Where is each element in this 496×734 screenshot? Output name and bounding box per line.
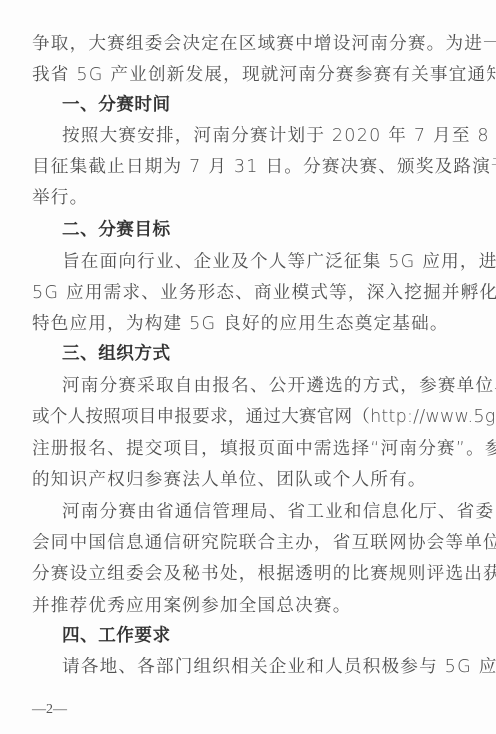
paragraph-line: 争取，大赛组委会决定在区域赛中增设河南分赛。为进一步推动 (32, 33, 472, 55)
paragraph-line: 特色应用，为构建 5G 良好的应用生态奠定基础。 (32, 313, 472, 335)
paragraph-line: 或个人按照项目申报要求，通过大赛官网（http://www.5gaia.org.… (32, 406, 472, 428)
paragraph-line: 会同中国信息通信研究院联合主办，省互联网协会等单位承办。 (32, 532, 472, 554)
paragraph-line: 旨在面向行业、企业及个人等广泛征集 5G 应用，进一步探索 (62, 251, 472, 273)
paragraph-line: 注册报名、提交项目，填报页面中需选择“河南分赛”。参赛项目 (32, 438, 472, 460)
paragraph-line: 请各地、各部门组织相关企业和人员积极参与 5G 应用征集大 (62, 656, 472, 678)
paragraph-line: 河南分赛采取自由报名、公开遴选的方式，参赛单位、团体 (62, 375, 472, 397)
page-number: —2— (32, 702, 67, 718)
paragraph-line: 5G 应用需求、业务形态、商业模式等，深入挖掘并孵化一批 5G (32, 282, 472, 304)
paragraph-line: 我省 5G 产业创新发展，现就河南分赛参赛有关事宜通知如下： (32, 64, 472, 86)
paragraph-line: 按照大赛安排，河南分赛计划于 2020 年 7 月至 8 月举办。项 (62, 125, 472, 147)
paragraph-line: 目征集截止日期为 7 月 31 日。分赛决赛、颁奖及路演于 8 月下旬 (32, 156, 472, 178)
section-heading-organization: 三、组织方式 (62, 343, 171, 365)
document-page: 争取，大赛组委会决定在区域赛中增设河南分赛。为进一步推动 我省 5G 产业创新发… (0, 0, 496, 734)
section-heading-time: 一、分赛时间 (62, 94, 171, 116)
paragraph-line: 的知识产权归参赛法人单位、团队或个人所有。 (32, 469, 472, 491)
paragraph-line: 举行。 (32, 187, 472, 209)
section-heading-goal: 二、分赛目标 (62, 219, 171, 241)
paragraph-line: 河南分赛由省通信管理局、省工业和信息化厅、省委网信办 (62, 501, 472, 523)
paragraph-line: 并推荐优秀应用案例参加全国总决赛。 (32, 595, 472, 617)
paragraph-line: 分赛设立组委会及秘书处，根据透明的比赛规则评选出获奖项目， (32, 563, 472, 585)
section-heading-requirements: 四、工作要求 (62, 625, 171, 647)
